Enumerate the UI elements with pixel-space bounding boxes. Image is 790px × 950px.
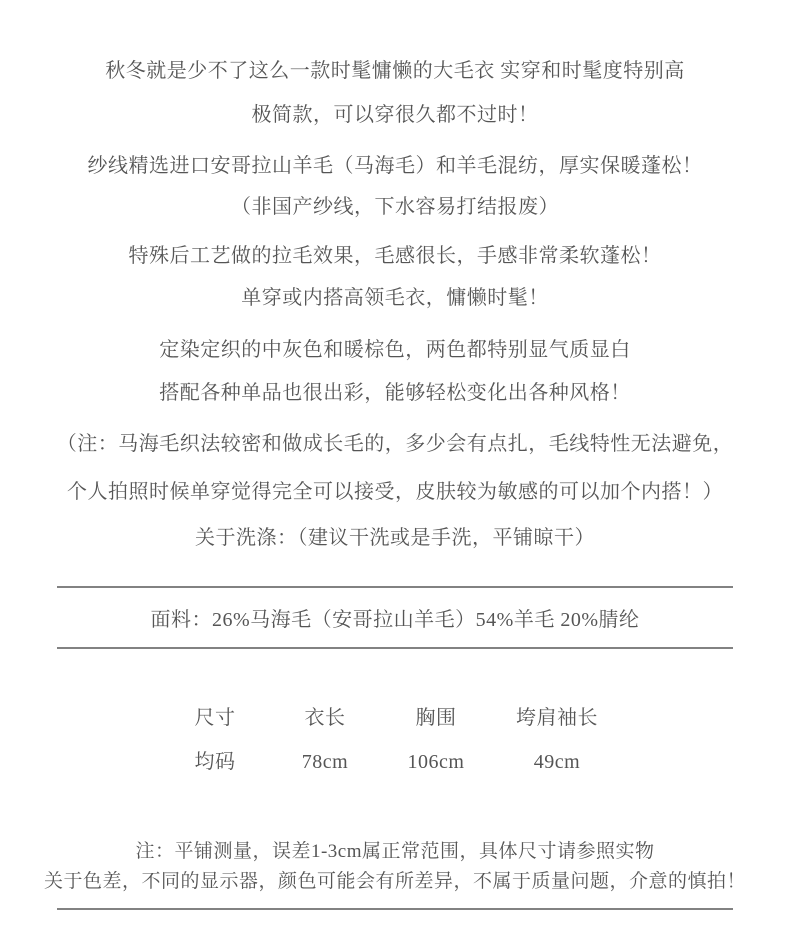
size-table-data-row: 均码 78cm 106cm 49cm xyxy=(160,749,622,775)
description-line: 秋冬就是少不了这么一款时髦慵懒的大毛衣 实穿和时髦度特别高 xyxy=(0,58,790,84)
divider xyxy=(57,647,733,649)
divider xyxy=(57,586,733,588)
description-line: 个人拍照时候单穿觉得完全可以接受，皮肤较为敏感的可以加个内搭！） xyxy=(0,479,790,505)
size-table-cell: 78cm xyxy=(270,749,380,775)
description-line: 极简款，可以穿很久都不过时！ xyxy=(0,102,790,128)
product-description-page: 秋冬就是少不了这么一款时髦慵懒的大毛衣 实穿和时髦度特别高 极简款，可以穿很久都… xyxy=(0,0,790,950)
description-line: 关于洗涤：（建议干洗或是手洗，平铺晾干） xyxy=(0,525,790,551)
description-line: （注：马海毛织法较密和做成长毛的，多少会有点扎，毛线特性无法避免， xyxy=(0,431,790,457)
size-table-cell: 均码 xyxy=(160,749,270,775)
description-line: 纱线精选进口安哥拉山羊毛（马海毛）和羊毛混纺，厚实保暖蓬松！ xyxy=(0,153,790,179)
divider xyxy=(57,908,733,910)
description-line: 特殊后工艺做的拉毛效果，毛感很长，手感非常柔软蓬松！ xyxy=(0,243,790,269)
size-table-header-row: 尺寸 衣长 胸围 垮肩袖长 xyxy=(160,705,622,731)
size-table-cell: 106cm xyxy=(380,749,492,775)
size-table-header-cell: 垮肩袖长 xyxy=(492,705,622,731)
size-table-header-cell: 尺寸 xyxy=(160,705,270,731)
description-line: （非国产纱线，下水容易打结报废） xyxy=(0,194,790,220)
note-line-measure: 注：平铺测量，误差1-3cm属正常范围，具体尺寸请参照实物 xyxy=(0,840,790,864)
size-table-cell: 49cm xyxy=(492,749,622,775)
description-line: 定染定织的中灰色和暖棕色，两色都特别显气质显白 xyxy=(0,337,790,363)
note-line-color-diff: 关于色差，不同的显示器，颜色可能会有所差异，不属于质量问题，介意的慎拍！ xyxy=(0,870,790,894)
description-line: 搭配各种单品也很出彩，能够轻松变化出各种风格！ xyxy=(0,380,790,406)
fabric-info: 面料：26%马海毛（安哥拉山羊毛）54%羊毛 20%腈纶 xyxy=(0,607,790,633)
size-table-header-cell: 胸围 xyxy=(380,705,492,731)
description-line: 单穿或内搭高领毛衣，慵懒时髦！ xyxy=(0,285,790,311)
size-table-header-cell: 衣长 xyxy=(270,705,380,731)
